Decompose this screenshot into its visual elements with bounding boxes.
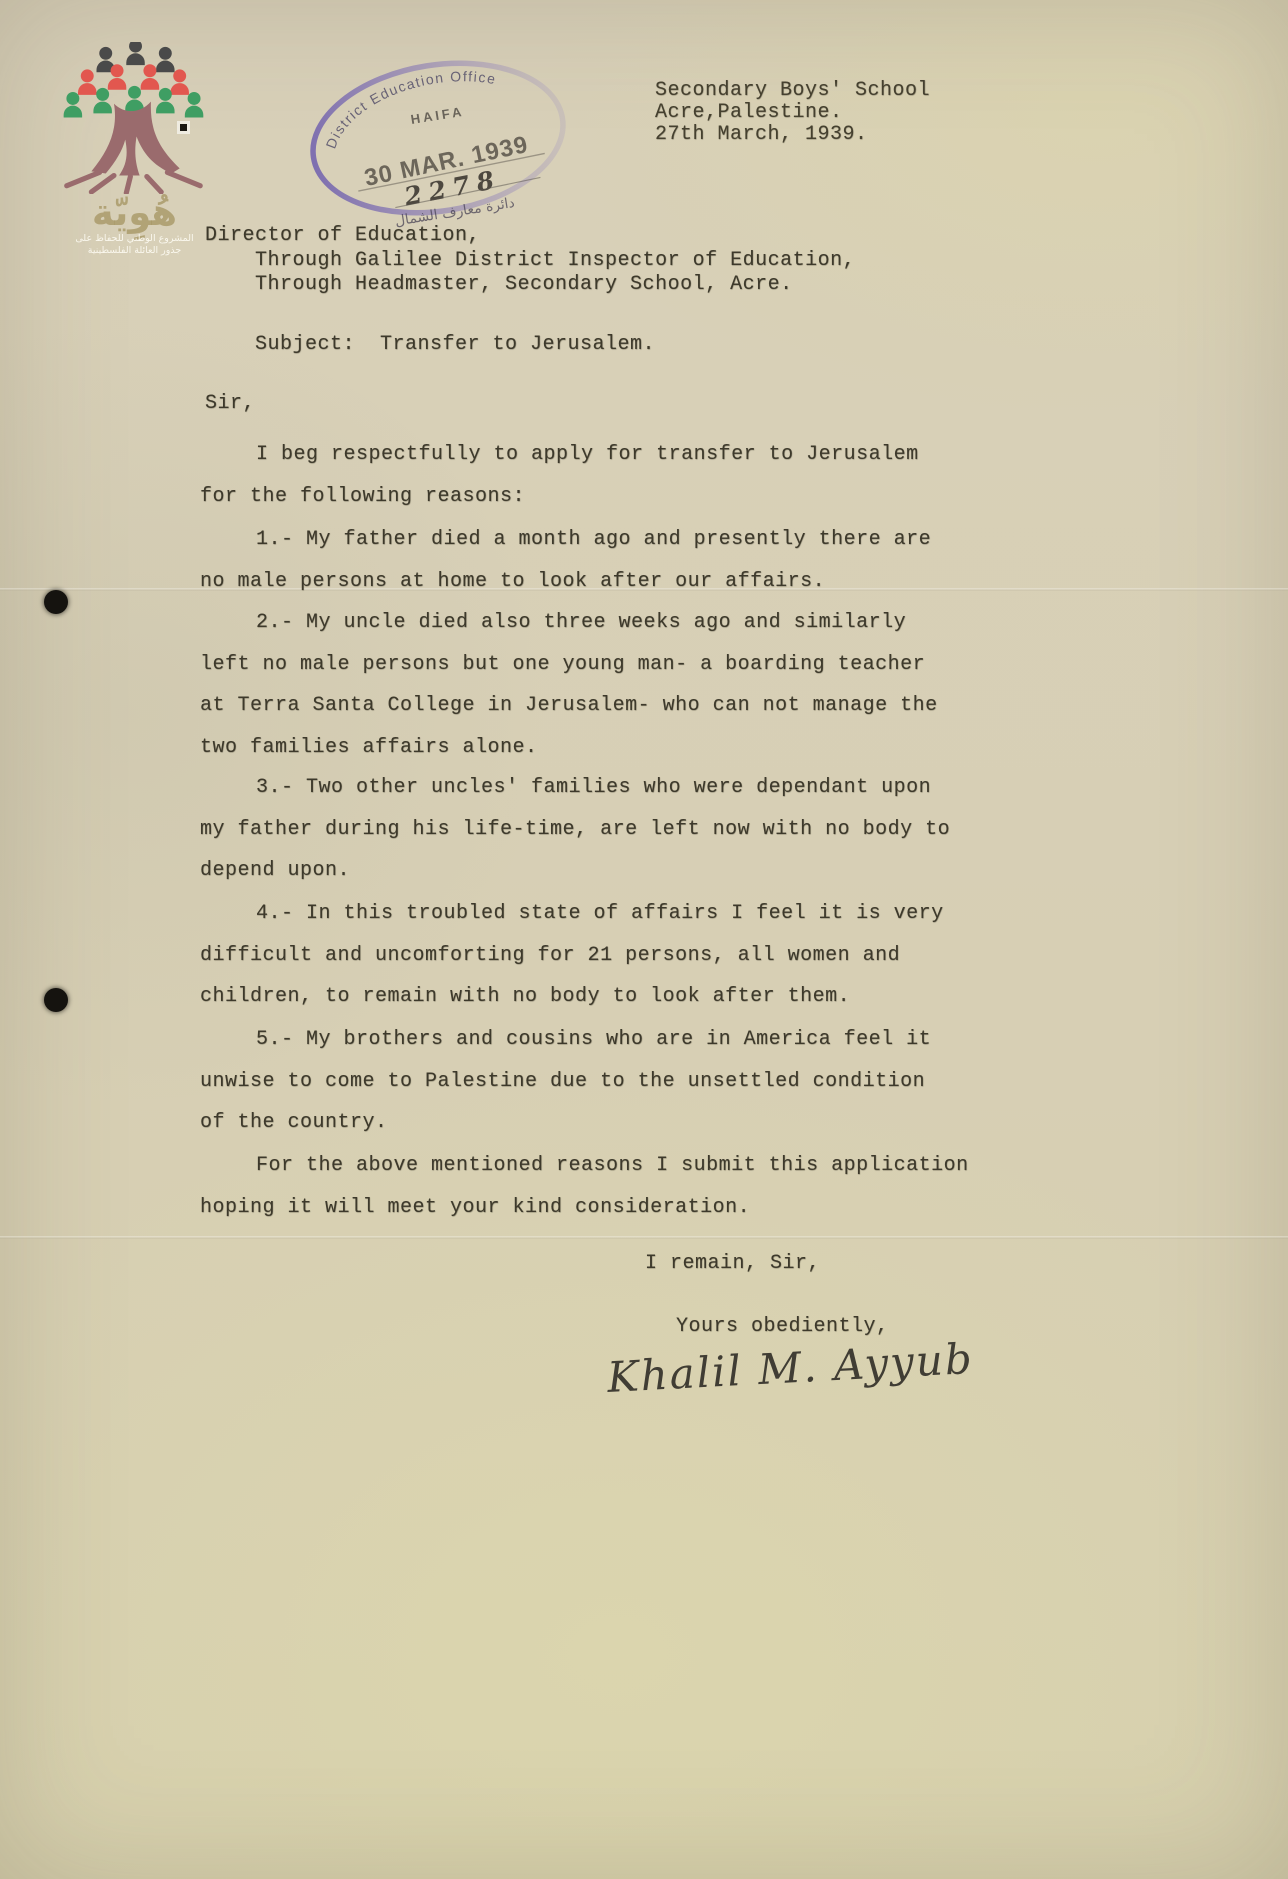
paragraph-reason-5: 5.- My brothers and cousins who are in A… (200, 1019, 990, 1144)
letter-line: 3.- Two other uncles' families who were … (200, 767, 990, 809)
recipient-block: Director of Education, Through Galilee D… (205, 224, 855, 298)
letter-line: 5.- My brothers and cousins who are in A… (200, 1019, 990, 1061)
letter-line: children, to remain with no body to look… (200, 976, 990, 1018)
letter-line: for the following reasons: (200, 476, 990, 518)
logo-tagline-line1: المشروع الوطني للحفاظ على (52, 233, 217, 245)
sender-school: Secondary Boys' School (655, 80, 930, 102)
recipient-line: Through Headmaster, Secondary School, Ac… (205, 273, 855, 298)
stamp-arc-text: District Education Office (314, 61, 507, 153)
signature: Khalil M. Ayyub (598, 1330, 978, 1430)
stamp-city: HAIFA (410, 104, 466, 127)
subject-line: Subject: Transfer to Jerusalem. (255, 333, 655, 356)
letter-line: unwise to come to Palestine due to the u… (200, 1061, 990, 1103)
sender-place: Acre,Palestine. (655, 102, 930, 124)
paragraph-conclusion: For the above mentioned reasons I submit… (200, 1145, 990, 1228)
closing-remain: I remain, Sir, (645, 1252, 820, 1275)
letter-line: my father during his life-time, are left… (200, 809, 990, 851)
letter-line: of the country. (200, 1102, 990, 1144)
recipient-line: Director of Education, (205, 224, 855, 249)
letter-line: depend upon. (200, 850, 990, 892)
salutation: Sir, (205, 392, 255, 415)
logo-tagline-line2: جذور العائلة الفلسطينية (52, 245, 217, 257)
letter-line: hoping it will meet your kind considerat… (200, 1187, 990, 1229)
letter-line: 2.- My uncle died also three weeks ago a… (200, 602, 990, 644)
letter-line: two families affairs alone. (200, 727, 990, 769)
letter-line: 4.- In this troubled state of affairs I … (200, 893, 990, 935)
paragraph-intro: I beg respectfully to apply for transfer… (200, 434, 990, 517)
recipient-line: Through Galilee District Inspector of Ed… (205, 249, 855, 274)
paragraph-reason-1: 1.- My father died a month ago and prese… (200, 519, 990, 602)
punch-hole-lower (44, 988, 68, 1012)
signature-text: Khalil M. Ayyub (605, 1334, 975, 1402)
education-office-stamp: District Education Office HAIFA 30 MAR. … (293, 48, 583, 228)
huwiyya-logo: هُوِيّة المشروع الوطني للحفاظ على جذور ا… (52, 42, 217, 257)
fold-crease-bottom (0, 1236, 1288, 1239)
letter-line: difficult and uncomforting for 21 person… (200, 935, 990, 977)
letter-line: left no male persons but one young man- … (200, 644, 990, 686)
letter-line: I beg respectfully to apply for transfer… (200, 434, 990, 476)
punch-hole-upper (44, 590, 68, 614)
people-tree-icon (52, 42, 217, 194)
logo-arabic-word: هُوِيّة (52, 193, 217, 233)
paragraph-reason-2: 2.- My uncle died also three weeks ago a… (200, 602, 990, 768)
letter-line: For the above mentioned reasons I submit… (200, 1145, 990, 1187)
paragraph-reason-4: 4.- In this troubled state of affairs I … (200, 893, 990, 1018)
letter-line: no male persons at home to look after ou… (200, 561, 990, 603)
letter-line: at Terra Santa College in Jerusalem- who… (200, 685, 990, 727)
paragraph-reason-3: 3.- Two other uncles' families who were … (200, 767, 990, 892)
sender-block: Secondary Boys' School Acre,Palestine. 2… (655, 80, 930, 146)
svg-text:District Education Office: District Education Office (314, 61, 507, 153)
letter-page: هُوِيّة المشروع الوطني للحفاظ على جذور ا… (0, 0, 1288, 1879)
letter-line: 1.- My father died a month ago and prese… (200, 519, 990, 561)
letter-date: 27th March, 1939. (655, 124, 930, 146)
